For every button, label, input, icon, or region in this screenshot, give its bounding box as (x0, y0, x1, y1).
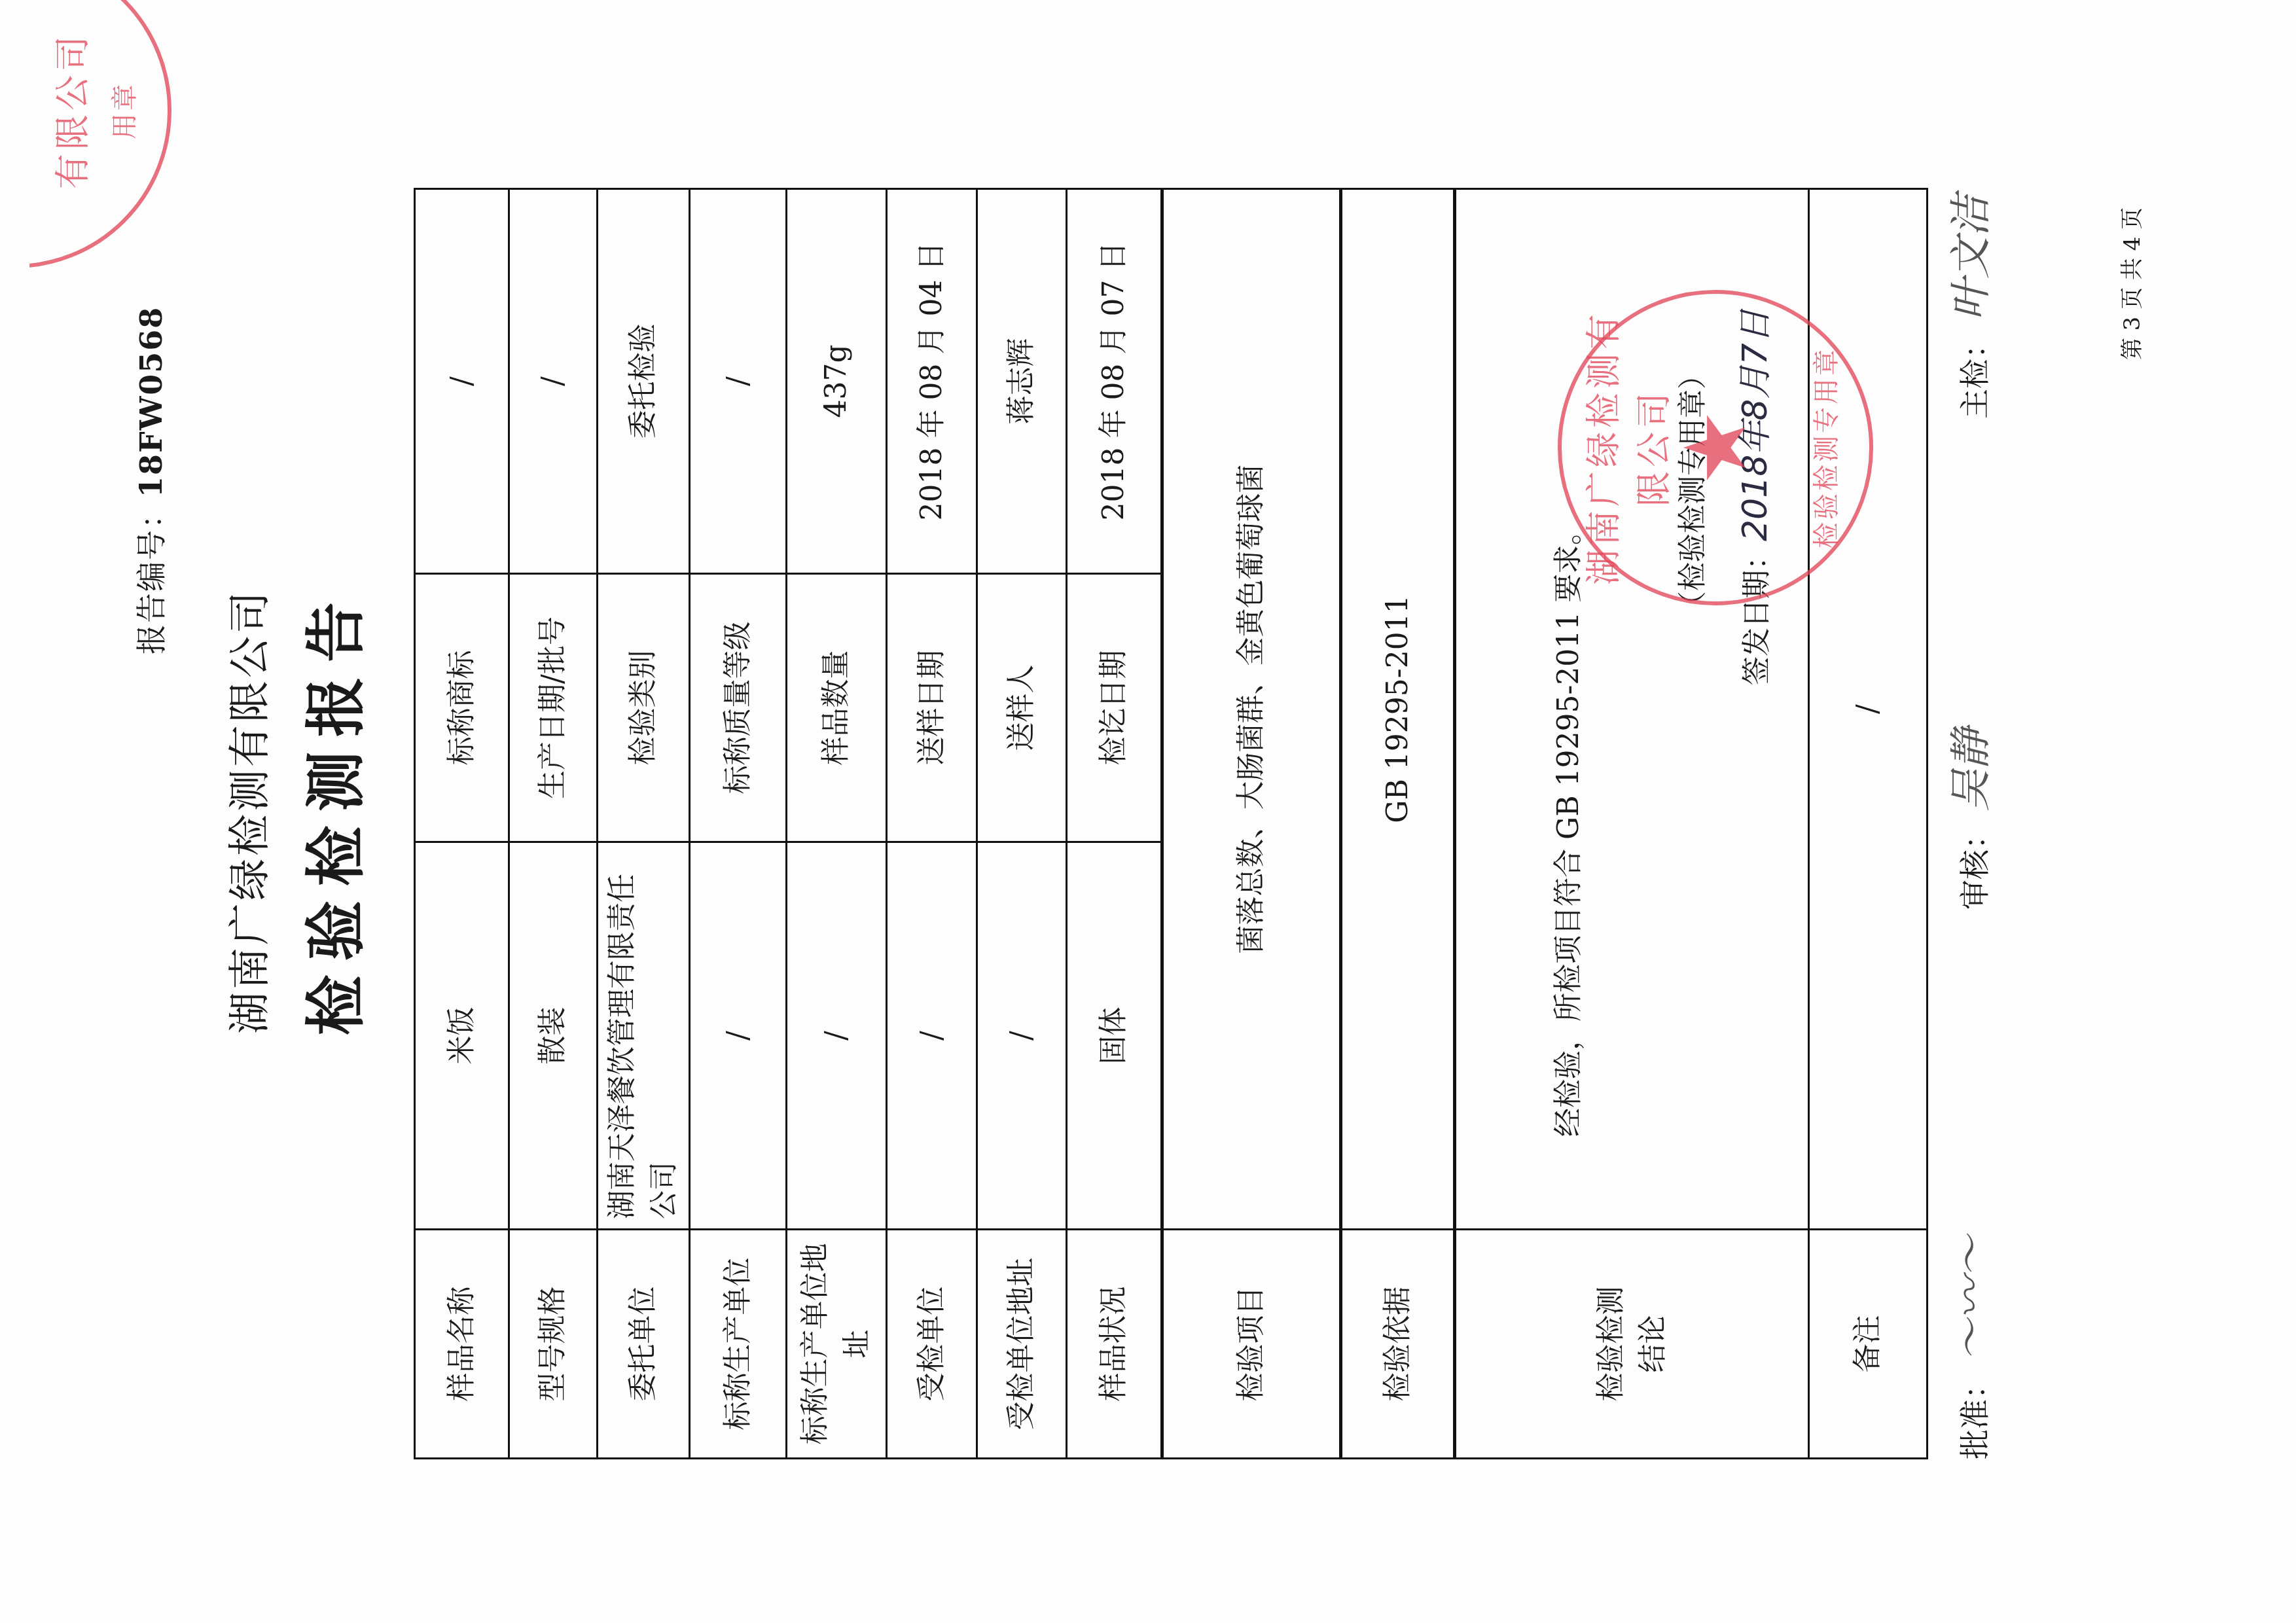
field-value: / (415, 189, 509, 574)
field-label: 检验类别 (598, 574, 690, 842)
field-label: 生产日期/批号 (509, 574, 598, 842)
field-value: 米饭 (415, 842, 509, 1230)
chief-signature: 主检：叶文洁 (1937, 195, 1998, 419)
field-label: 样品状况 (1067, 1230, 1162, 1459)
conclusion-cell: 经检验，所检项目符合 GB 19295-2011 要求。 （检验检测专用章） 签… (1455, 189, 1809, 1230)
report-page: 报告编号：18FW0568 湖南广绿检测有限公司 检验检测报告 有限公司 用章 … (0, 0, 2296, 1623)
seal-stamp-partial: 有限公司 用章 (0, 0, 171, 268)
field-value: / (977, 842, 1067, 1230)
table-row: 受检单位 / 送样日期 2018 年 08 月 04 日 (887, 189, 977, 1459)
conclusion-row: 检验检测结论 经检验，所检项目符合 GB 19295-2011 要求。 （检验检… (1455, 189, 1809, 1459)
field-value: / (787, 842, 887, 1230)
stamp-top-text: 有限公司 (45, 0, 96, 264)
field-value: 2018 年 08 月 04 日 (887, 189, 977, 574)
table-row: 样品名称 米饭 标称商标 / (415, 189, 509, 1459)
field-label: 型号规格 (509, 1230, 598, 1459)
issue-date-label: 签发日期： (1740, 541, 1774, 685)
field-label: 标称生产单位 (690, 1230, 787, 1459)
basis-value: GB 19295-2011 (1341, 189, 1455, 1230)
basis-label: 检验依据 (1341, 1230, 1455, 1459)
remarks-value: / (1809, 189, 1928, 1230)
field-value: 蒋志辉 (977, 189, 1067, 574)
table-row: 委托单位 湖南天泽餐饮管理有限责任公司 检验类别 委托检验 (598, 189, 690, 1459)
table-row: 标称生产单位 / 标称质量等级 / (690, 189, 787, 1459)
test-items-value: 菌落总数、大肠菌群、金黄色葡萄球菌 (1162, 189, 1341, 1230)
report-title: 检验检测报告 (288, 0, 374, 1623)
seal-note: （检验检测专用章） (1672, 361, 1714, 620)
conclusion-text: 经检验，所检项目符合 GB 19295-2011 要求。 (1548, 516, 1590, 1137)
table-row: 样品状况 固体 检讫日期 2018 年 08 月 07 日 (1067, 189, 1162, 1459)
test-items-label: 检验项目 (1162, 1230, 1341, 1459)
approve-signature: 批准：〜〰〜 (1937, 1236, 1998, 1459)
field-label: 送样人 (977, 574, 1067, 842)
conclusion-label: 检验检测结论 (1455, 1230, 1809, 1459)
review-signature-name: 吴静 (1947, 728, 1996, 811)
report-number: 报告编号：18FW0568 (128, 306, 171, 654)
field-label: 委托单位 (598, 1230, 690, 1459)
field-value: 委托检验 (598, 189, 690, 574)
field-label: 受检单位地址 (977, 1230, 1067, 1459)
basis-row: 检验依据 GB 19295-2011 (1341, 189, 1455, 1459)
chief-signature-name: 叶文洁 (1947, 195, 1996, 321)
review-label: 审核： (1957, 819, 1992, 910)
report-number-label: 报告编号： (134, 497, 169, 654)
field-label: 送样日期 (887, 574, 977, 842)
field-value: 2018 年 08 月 07 日 (1067, 189, 1162, 574)
company-name: 湖南广绿检测有限公司 (216, 0, 276, 1623)
field-label: 标称质量等级 (690, 574, 787, 842)
field-label: 样品数量 (787, 574, 887, 842)
field-label: 检讫日期 (1067, 574, 1162, 842)
field-label: 标称商标 (415, 574, 509, 842)
approve-label: 批准： (1957, 1369, 1992, 1459)
field-value: 湖南天泽餐饮管理有限责任公司 (598, 842, 690, 1230)
conclusion-label-text: 检验检测结论 (1590, 1282, 1674, 1406)
field-value: 散装 (509, 842, 598, 1230)
issue-date: 签发日期：2018年8月7日 (1731, 309, 1780, 685)
issue-date-handwritten: 2018年8月7日 (1736, 309, 1775, 541)
report-number-value: 18FW0568 (134, 306, 169, 497)
chief-label: 主检： (1957, 329, 1992, 419)
table-row: 型号规格 散装 生产日期/批号 / (509, 189, 598, 1459)
report-table: 样品名称 米饭 标称商标 / 型号规格 散装 生产日期/批号 / 委托单位 湖南… (414, 188, 1928, 1459)
field-value: / (887, 842, 977, 1230)
field-value: / (690, 842, 787, 1230)
remarks-row: 备注 / (1809, 189, 1928, 1459)
field-label: 样品名称 (415, 1230, 509, 1459)
field-value: / (690, 189, 787, 574)
field-label: 标称生产单位地址 (787, 1230, 887, 1459)
remarks-label: 备注 (1809, 1230, 1928, 1459)
field-value: 固体 (1067, 842, 1162, 1230)
test-items-row: 检验项目 菌落总数、大肠菌群、金黄色葡萄球菌 (1162, 189, 1341, 1459)
approve-signature-mark: 〜〰〜 (1947, 1236, 1996, 1361)
review-signature: 审核：吴静 (1937, 728, 1998, 910)
field-value: 437g (787, 189, 887, 574)
table-row: 受检单位地址 / 送样人 蒋志辉 (977, 189, 1067, 1459)
page-number: 第 3 页 共 4 页 (2114, 207, 2146, 360)
table-row: 标称生产单位地址 / 样品数量 437g (787, 189, 887, 1459)
field-label: 受检单位 (887, 1230, 977, 1459)
stamp-top-sub: 用章 (104, 0, 141, 264)
field-value: / (509, 189, 598, 574)
